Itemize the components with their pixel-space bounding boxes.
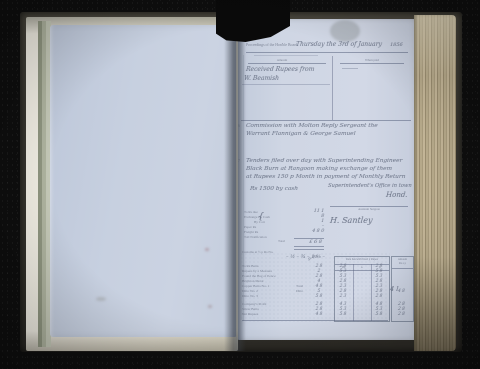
- total-label: Total: [278, 239, 285, 243]
- page-stain: [330, 20, 360, 42]
- cell-value: 2 8: [392, 311, 412, 316]
- row-mid-word: Ditto: [296, 289, 310, 293]
- page-fore-edge: [414, 15, 456, 351]
- entry-paragraph-line: at Rupees 150 p Month in payment of Mont…: [246, 174, 406, 180]
- figure-value: 4 8 0: [300, 229, 325, 234]
- receipt-entry-line1: Received Rupees from: [246, 66, 315, 73]
- marginal-annotation: 4 l: [390, 285, 399, 293]
- row-label: Copper Batta No. 1: [242, 284, 296, 288]
- page-stain: [205, 248, 209, 251]
- row-label: Silver Batta: [242, 307, 296, 311]
- figure-label: Paper Rs: [244, 225, 256, 229]
- row-label: Company's Profit: [242, 302, 296, 306]
- table-row: Net Rupees4 85 85 82 8: [238, 312, 414, 317]
- ledger-photo: Proceedings of the Hon'ble Board Thursda…: [0, 0, 480, 369]
- figure-label: By Corr: [254, 220, 265, 224]
- table-bottom-rule: [242, 320, 388, 321]
- row-label: Found the Bag of Pence: [242, 274, 296, 278]
- figure-label: Toll Notification: [244, 235, 267, 239]
- page-stain: [208, 305, 212, 308]
- cell-value: 5 8: [335, 311, 352, 316]
- memo-right: Superintendent's Office in town: [328, 183, 412, 189]
- right-ledger-page: Proceedings of the Hon'ble Board Thursda…: [238, 19, 418, 340]
- cell-value: 4 8: [310, 311, 329, 316]
- entry-paragraph-line: Tenders filed over day with Superintendi…: [246, 158, 403, 164]
- row-label: Rupees by a Measure: [242, 269, 296, 273]
- header-rule-2: [254, 55, 318, 56]
- header-rule: [246, 52, 408, 53]
- row-label: Ditto No. 2: [242, 289, 296, 293]
- page-stain: [96, 297, 106, 301]
- row-label: Net Rupees: [242, 312, 296, 316]
- signature-2: H. Santley: [330, 216, 373, 225]
- memo-left: Rs 1500 by cash: [250, 186, 299, 192]
- page-header-year: 1856: [390, 42, 403, 48]
- receipt-divider: [332, 56, 333, 120]
- total-double-rule: [294, 246, 324, 247]
- rate-box-header: Rate herewith fixed p Rupee: [335, 258, 389, 261]
- signature: Hond.: [386, 191, 408, 199]
- total-value: £ 6 8: [298, 239, 323, 245]
- figure-label: Exchange By Cash: [244, 215, 270, 219]
- figure-label: To Rs due: [244, 210, 258, 214]
- receipt-col1-header: Amount: [252, 58, 312, 62]
- row-label: Ditto No. 3: [242, 294, 296, 298]
- table-row: Ditto No. 35 82 32 8: [238, 294, 414, 299]
- page-header-date: Thursday the 3rd of January: [296, 41, 383, 48]
- row-label: Brighton Metal: [242, 279, 296, 283]
- row-mid-word: Total: [296, 284, 310, 288]
- receipt-entry-underline: [242, 84, 330, 85]
- entry-paragraph-line: Black Burn at Rangoon making exchange of…: [246, 166, 393, 172]
- signature-caption: Assistant Surgeon: [338, 207, 400, 211]
- receipt-col1-rule: [248, 63, 326, 64]
- amount-box-header: Amount: [392, 258, 413, 261]
- section-rule: [241, 120, 411, 121]
- receipt-col2-rule: [340, 63, 404, 64]
- margin-number: 6: [238, 123, 240, 128]
- entry-paragraph-line: Warrant Flannigan & George Samuel: [246, 131, 356, 137]
- receipt-col2-header: When paid: [342, 58, 402, 62]
- cell-value: 5 8: [371, 311, 388, 316]
- page-header-printed: Proceedings of the Hon'ble Board: [246, 43, 297, 47]
- receipt-entry-line2: W. Beamish: [244, 75, 280, 82]
- margin-number: 7: [238, 158, 240, 163]
- cell-value: 2 8: [371, 293, 388, 298]
- total-double-rule: [294, 249, 324, 250]
- receipt-col2-dash: [342, 68, 358, 69]
- row-label: To Rs Batta: [242, 264, 296, 268]
- figure-label: Freight Rs: [244, 230, 258, 234]
- left-blank-page: [50, 25, 236, 337]
- cell-value: 5 8: [310, 293, 329, 298]
- entry-paragraph-line: Commission with Molton Reply Sergeant th…: [246, 123, 378, 129]
- cell-value: 2 3: [335, 293, 352, 298]
